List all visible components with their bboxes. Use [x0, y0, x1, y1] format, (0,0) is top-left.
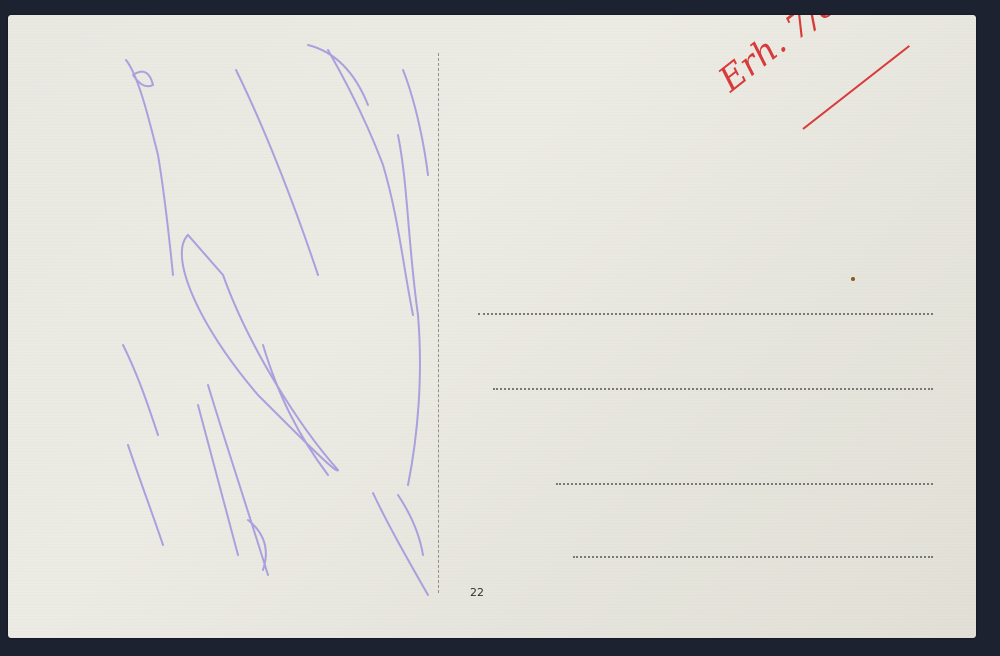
address-line-1 [478, 313, 933, 315]
address-line-2 [493, 388, 933, 390]
stain-spot [851, 277, 855, 281]
center-divider-line [438, 53, 439, 593]
address-line-3 [556, 483, 933, 485]
postcard-back: Erh. 7/8.15 22 [8, 15, 976, 638]
address-line-4 [573, 556, 933, 558]
printed-number: 22 [470, 586, 484, 599]
